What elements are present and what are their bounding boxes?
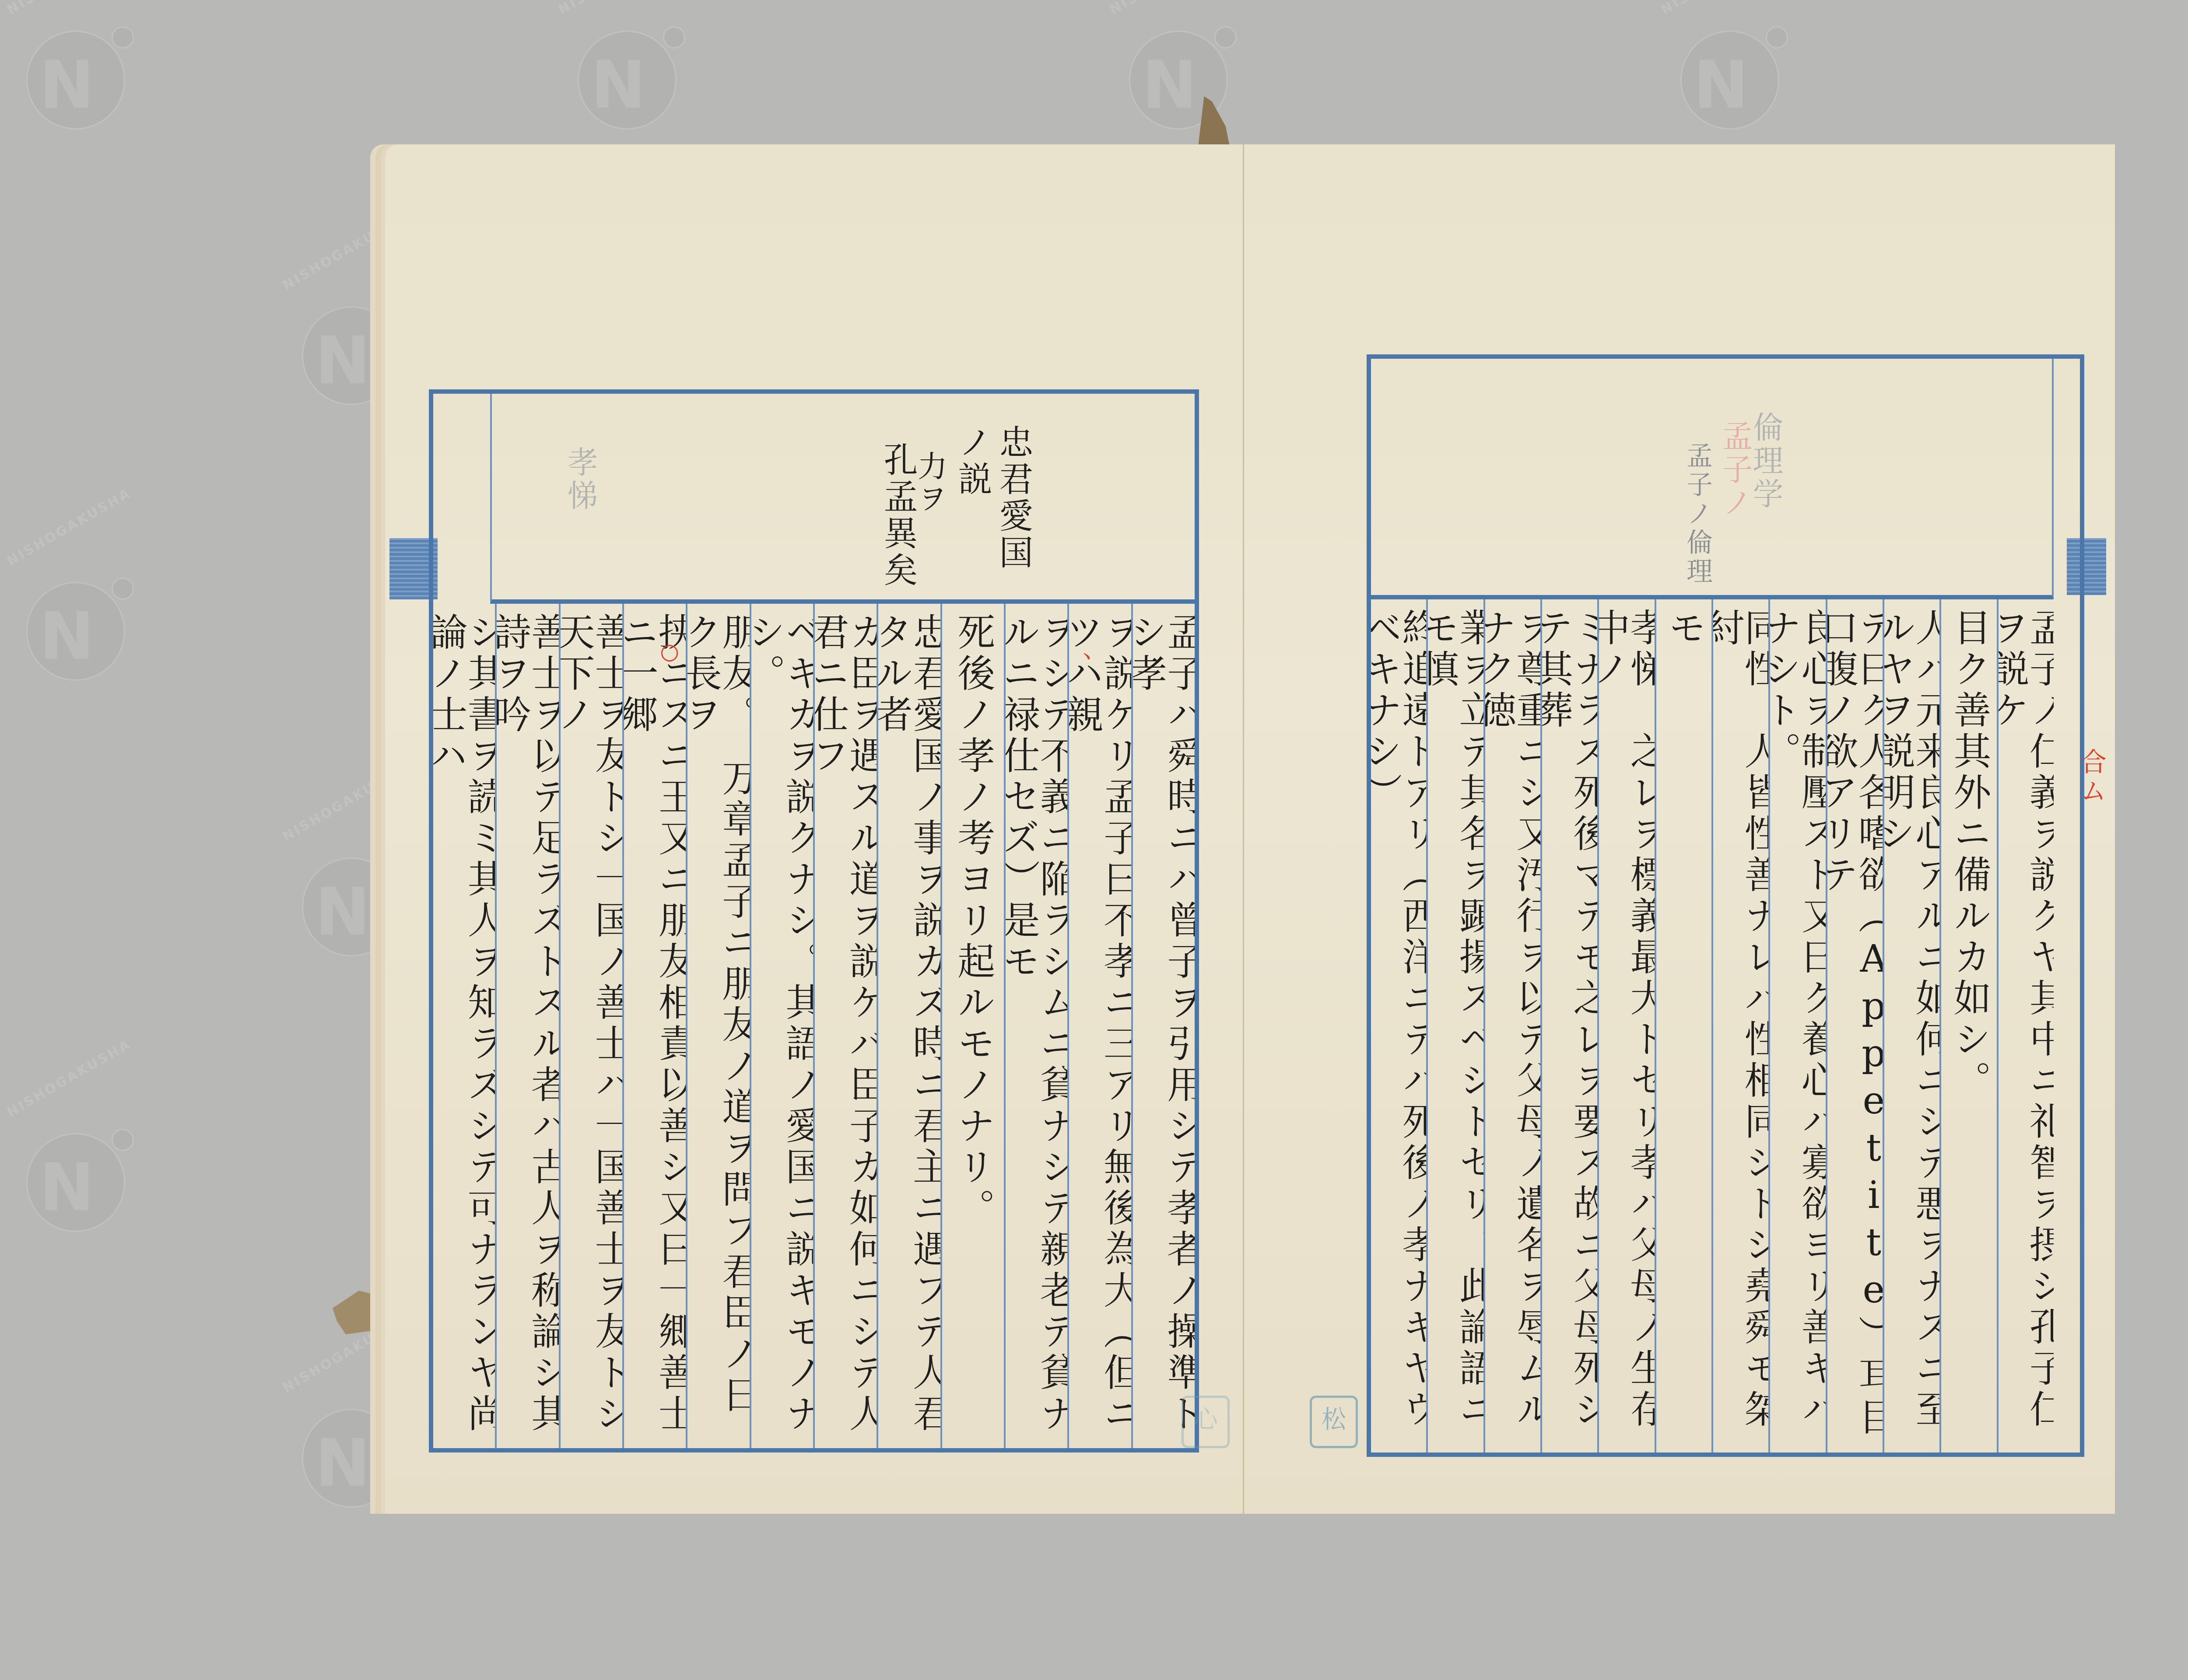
text-column: 挟ニスニ王又ニ朋友相責以善シ又曰一郷善士ニ一郷: [622, 604, 686, 1448]
text-column: 終追遠トアリ（西洋ニテハ死後ノ孝ナキヤウベキナシ）: [1371, 599, 1426, 1452]
left-text-columns: 孟子ハ舜時ニハ曾子ヲ引用シテ孝者ノ操準トシ孝 ヲ説ケリ孟子曰不孝ニ三アリ無後為大…: [433, 604, 1195, 1448]
text-column: 人ハ元来良心アルニ如何ニシテ悪ヲナスニ至ルヤヲ説明シ: [1883, 599, 1939, 1452]
open-book: 忠君愛国ノ説 力ヲ 孔孟異矣 孝悌 孟子ハ舜時ニハ曾子ヲ引用シテ孝者ノ操準トシ孝…: [368, 144, 2118, 1518]
text-column: モ: [1655, 599, 1711, 1452]
text-column: ヲ尊重ニシ又汚行ヲ以テ父母ノ遺名ヲ辱ムルナク徳: [1483, 599, 1540, 1452]
text-column: テ曰ク人各嗜欲（Appetite）耳目口腹ノ欲アリテ: [1826, 599, 1883, 1452]
nishogakusha-watermark-icon: NNISHOGAKUSHA: [0, 1102, 131, 1234]
binding-ribbon-bottom: [333, 1291, 376, 1334]
left-title-line-1: 忠君愛国ノ説: [951, 424, 1033, 599]
text-column: ミナラズ死後マテモ之レヲ要ス故ニ父母死シテ其葬: [1540, 599, 1597, 1452]
text-column: ヲシテ不義ニ陥ラシムニ貧ナシテ親老テ貧ナルニ禄仕セズ）是モ: [1004, 604, 1067, 1448]
text-column: 善士ヲ友トシ一国ノ善士ハ一国善士ヲ友トシ天下ノ: [559, 604, 622, 1448]
nishogakusha-watermark-icon: NNISHOGAKUSHA: [551, 0, 683, 131]
left-page-frame: 忠君愛国ノ説 力ヲ 孔孟異矣 孝悌 孟子ハ舜時ニハ曾子ヲ引用シテ孝者ノ操準トシ孝…: [429, 389, 1199, 1452]
text-column: 孝悌 之レヲ標義最大トセリ孝ハ父母ノ生存中ノ: [1597, 599, 1654, 1452]
library-seal-left: 心: [1182, 1396, 1230, 1448]
nishogakusha-watermark-icon: NNISHOGAKUSHA: [1654, 0, 1785, 131]
text-column: カ臣ヲ遇スル道ヲ説ケバ臣子カ如何ニシテ人君ニ仕フ: [813, 604, 877, 1448]
text-column: 忠君愛国ノ事ヲ説カズ時ニ君主ニ遇フテ人君タル者: [877, 604, 940, 1448]
right-header-box: 孟子ノ倫理 孟子ノ 倫理学: [1371, 359, 2054, 599]
text-column: 同性 人皆性善ナレバ性相同シトシ堯舜モ桀紂: [1711, 599, 1768, 1452]
right-text-columns: 孟子ノ仁義ヲ説クヤ其中ニ礼智ヲ摂シ孔子仁ヲ説ケ 目ク善其外ニ備ルカ如シ。 人ハ元…: [1371, 599, 2054, 1452]
text-column: 善士ヲ以テ足ラズトスル者ハ古人ヲ称論シ其詩ヲ吟: [495, 604, 558, 1448]
binding-ribbon-top: [1190, 96, 1230, 147]
right-show-through-gray: 倫理学: [1747, 411, 1784, 511]
text-column: 良心ヲ制壓スト又曰ク養心ハ寡欲ヨリ善キハナシト。: [1768, 599, 1825, 1452]
left-page: 忠君愛国ノ説 力ヲ 孔孟異矣 孝悌 孟子ハ舜時ニハ曾子ヲ引用シテ孝者ノ操準トシ孝…: [385, 144, 1243, 1514]
left-header-box: 忠君愛国ノ説 力ヲ 孔孟異矣 孝悌: [490, 394, 1195, 604]
left-show-through-text: 孝悌: [562, 446, 599, 513]
right-page-frame: 孟子ノ倫理 孟子ノ 倫理学 孟子ノ仁義ヲ説クヤ其中ニ礼智ヲ摂シ孔子仁ヲ説ケ 目ク…: [1367, 354, 2084, 1457]
nishogakusha-watermark-icon: NNISHOGAKUSHA: [0, 551, 131, 682]
text-column: 目ク善其外ニ備ルカ如シ。: [1939, 599, 1996, 1452]
red-annotation: 合ム: [2076, 748, 2107, 806]
red-circle-mark: ○: [656, 639, 683, 667]
nishogakusha-watermark-icon: NNISHOGAKUSHA: [0, 0, 131, 131]
text-column: 孟子ノ仁義ヲ説クヤ其中ニ礼智ヲ摂シ孔子仁ヲ説ケ: [1997, 599, 2054, 1452]
text-column: 死後ノ孝ノ考ヨリ起ルモノナリ。: [940, 604, 1004, 1448]
text-column: シ其書ヲ読ミ其人ヲ知ラズシテ可ナランヤ尚論ノ士ハ: [433, 604, 495, 1448]
text-column: 孟子ハ舜時ニハ曾子ヲ引用シテ孝者ノ操準トシ孝: [1131, 604, 1195, 1448]
text-column: 業ヲ立テ其名ヲ顕揚スベシトセリ。此論語ニモ慎: [1426, 599, 1483, 1452]
library-seal-right: 松: [1310, 1396, 1358, 1448]
right-title: 孟子ノ倫理: [1682, 442, 1713, 586]
left-title-line-3: 孔孟異矣: [877, 442, 918, 589]
right-page: 孟子ノ倫理 孟子ノ 倫理学 孟子ノ仁義ヲ説クヤ其中ニ礼智ヲ摂シ孔子仁ヲ説ケ 目ク…: [1243, 144, 2115, 1514]
text-column: ヲ説ケリ孟子曰不孝ニ三アリ無後為大（但ニツハ親: [1067, 604, 1131, 1448]
text-column: ベキカヲ説クナシ。其語ノ愛国ニ説キモノナシ。: [750, 604, 813, 1448]
text-column: 朋友。 万章孟子ニ朋友ノ道ヲ問フ君臣ノ日ク長ヲ: [686, 604, 749, 1448]
red-mark: 、: [1061, 652, 1093, 681]
